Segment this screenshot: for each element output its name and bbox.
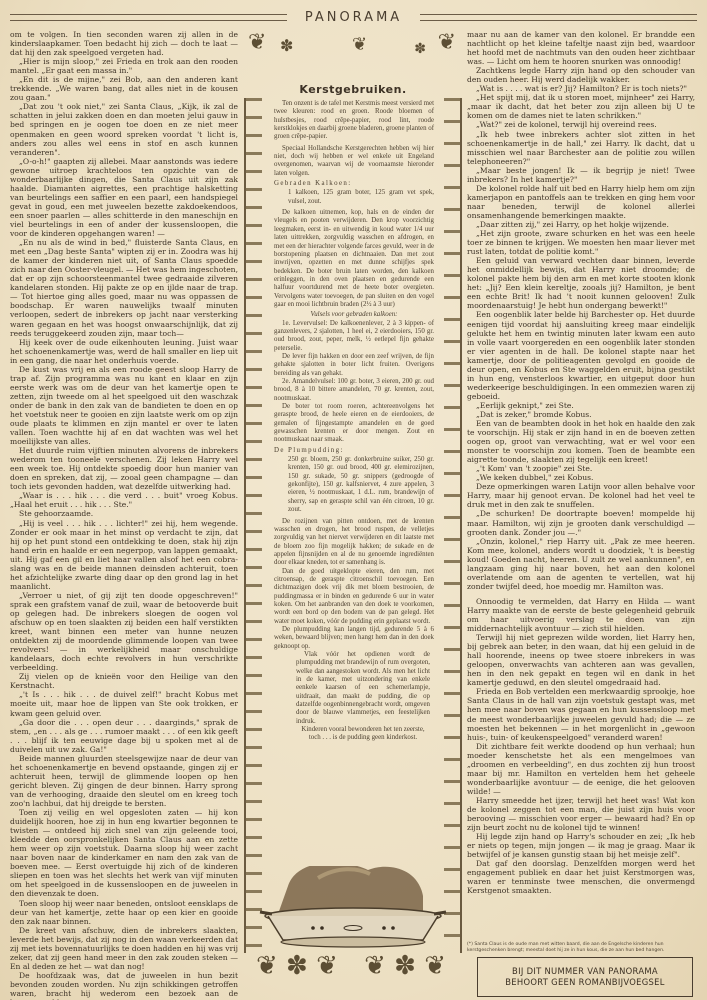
section-heading: De Plumpudding: bbox=[274, 447, 434, 455]
story-paragraph: „Hier is mijn sloop," zei Frieda en trok… bbox=[10, 57, 238, 75]
story-paragraph: Hij keek over de oude eikenhouten leunin… bbox=[10, 338, 238, 365]
recipe-body: Ten onzent is de tafel met Kerstmis mees… bbox=[274, 100, 434, 743]
story-paragraph: Onnoodig te vermelden, dat Harry en Hild… bbox=[467, 597, 695, 633]
magazine-page: PANORAMA om te volgen. In tien seconden … bbox=[0, 0, 707, 1000]
notice-line-1: BIJ DIT NUMMER VAN PANORAMA bbox=[512, 966, 658, 977]
story-column-left: om te volgen. In tien seconden waren zij… bbox=[10, 30, 238, 1000]
recipe-column: ❦ ✽ ❦ ❦ ✽ Kerstgebruiken. Ten onzent is … bbox=[240, 28, 466, 993]
story-column-right: maar nu aan de kamer van den kolonel. Er… bbox=[467, 30, 695, 895]
story-paragraph: „Ga door die . . . open deur . . . daarg… bbox=[10, 718, 238, 754]
stuffing-paragraph: De lever fijn hakken en door een zeef wr… bbox=[274, 353, 434, 378]
story-paragraph: Hij legde zijn hand op Harry's schouder … bbox=[467, 832, 695, 859]
story-paragraph: Dit zichtbare feit werkte doodend op hun… bbox=[467, 742, 695, 796]
page-header: PANORAMA bbox=[10, 6, 697, 28]
masthead: PANORAMA bbox=[287, 10, 420, 25]
holly-icon: ❦ ✽ ❦ bbox=[256, 953, 338, 979]
story-paragraph: Harry smeedde het ijzer, terwijl het hee… bbox=[467, 796, 695, 832]
ingredients: 250 gr. bloem, 250 gr. donkerbruine suik… bbox=[274, 456, 434, 514]
method: Dan de goed uitgeklopte eieren, den rum,… bbox=[274, 568, 434, 626]
header-rule-left bbox=[10, 14, 287, 21]
story-paragraph: Deze opmerkingen waren Latijn voor allen… bbox=[467, 482, 695, 509]
story-paragraph: Toen zij veilig en wel opgesloten zaten … bbox=[10, 808, 238, 898]
story-paragraph: „'t Is . . . hik . . . de duivel zelf!" … bbox=[10, 690, 238, 717]
story-paragraph: „Waar is . . . hik . . . die verd . . . … bbox=[10, 491, 238, 509]
story-paragraph: „Wat?" zei de kolonel, terwijl hij overe… bbox=[467, 120, 695, 129]
story-paragraph: De kust was vrij en als een roode geest … bbox=[10, 365, 238, 446]
supplement-notice-box: BIJ DIT NUMMER VAN PANORAMA BEHOORT GEEN… bbox=[477, 957, 693, 997]
story-paragraph: De kreet van afschuw, dien de inbrekers … bbox=[10, 926, 238, 971]
story-paragraph: „Hij is veel . . . hik . . . lichter!" z… bbox=[10, 519, 238, 591]
serving-note: Vlak vóór het opdienen wordt de plumpudd… bbox=[274, 651, 434, 726]
story-paragraph: Het duurde ruim vijftien minuten alvoren… bbox=[10, 446, 238, 491]
story-paragraph: maar nu aan de kamer van den kolonel. Er… bbox=[467, 30, 695, 66]
holly-icon: ❦ bbox=[438, 32, 456, 54]
story-paragraph: Zachtkens legde Harry zijn hand op den s… bbox=[467, 66, 695, 84]
story-paragraph: „Wat is . . . . wat is er? Jij? Hamilton… bbox=[467, 84, 695, 93]
story-paragraph: „We keken dubbel," zei Kobus. bbox=[467, 473, 695, 482]
intro-paragraph: Speciaal Hollandsche Kerstgerechten hebb… bbox=[274, 145, 434, 178]
story-paragraph: Dat gaf den doorslag. Denzelfden morgen … bbox=[467, 859, 695, 895]
story-paragraph: „En nu als de wind in bed," fluisterde S… bbox=[10, 238, 238, 338]
stuffing-paragraph: 1e. Levervulsel: De kalkoenenlever, 2 à … bbox=[274, 320, 434, 353]
stuffing-paragraph: De boter tot room roeren, achtereenvolge… bbox=[274, 403, 434, 445]
subheading: Vulsels voor gebraden kalkoen: bbox=[274, 311, 434, 319]
method: De plumpudding kan langen tijd, gedurend… bbox=[274, 626, 434, 651]
holly-icon: ❦ bbox=[248, 32, 266, 54]
story-paragraph: „Eerlijk geknipt," zei Ste. bbox=[467, 401, 695, 410]
holly-vine-border-left bbox=[244, 98, 262, 953]
story-paragraph: „Dat zou 't ook niet," zei Santa Claus, … bbox=[10, 102, 238, 156]
story-paragraph: „Ik heb twee inbrekers achter slot zitte… bbox=[467, 130, 695, 166]
ingredients: 1 kalkoen, 125 gram boter, 125 gram vet … bbox=[274, 189, 434, 206]
story-paragraph: „'t Kom' van 't zoopie" zei Ste. bbox=[467, 464, 695, 473]
story-paragraph: Frieda en Bob vertelden een merkwaardig … bbox=[467, 687, 695, 741]
story-paragraph: „Onzin, kolonel," riep Harry uit. „Pak z… bbox=[467, 537, 695, 591]
story-paragraph: Zij vielen op de knieën voor den Heilige… bbox=[10, 672, 238, 690]
story-paragraph: „Maar beste jongen! Ik — ik begrijp je n… bbox=[467, 166, 695, 184]
stuffing-paragraph: 2e. Amandelvulsel: 100 gr. boter, 3 eier… bbox=[274, 378, 434, 403]
notice-line-2: BEHOORT GEEN ROMANBIJVOEGSEL bbox=[505, 977, 664, 988]
holly-icon: ✽ bbox=[414, 42, 426, 56]
story-paragraph: „Het spijt mij, dat ik u storen moet, mi… bbox=[467, 93, 695, 120]
plum-pudding-illustration bbox=[258, 866, 448, 951]
story-paragraph: „Dat is zeker," bromde Kobus. bbox=[467, 410, 695, 419]
holly-icon: ❦ ✽ ❦ bbox=[364, 953, 446, 979]
holly-icon: ❦ bbox=[352, 36, 367, 54]
story-paragraph: Een geluid van verward vechten daar binn… bbox=[467, 256, 695, 310]
footnote: (*) Santa Claus is de oude man met witte… bbox=[467, 942, 695, 953]
method: De kalkoen uitnemen, kop, hals en de ein… bbox=[274, 209, 434, 309]
closing-note: Kinderen vooral bewonderen het ten zeers… bbox=[274, 726, 434, 743]
header-rule-right bbox=[420, 14, 697, 21]
story-paragraph: Terwijl hij niet geprezen wilde worden, … bbox=[467, 633, 695, 687]
recipe-title: Kerstgebruiken. bbox=[240, 83, 466, 96]
holly-icon: ✽ bbox=[280, 38, 293, 54]
story-paragraph: „Daar zitten zij," zei Harry, op het hok… bbox=[467, 220, 695, 229]
holly-vine-border-right bbox=[444, 98, 462, 953]
story-paragraph: De kolonel rolde half uit bed en Harry h… bbox=[467, 184, 695, 220]
story-paragraph: Beide mannen gluurden steelsgewijze naar… bbox=[10, 754, 238, 808]
story-paragraph: „Het zijn groote, zware schurken en het … bbox=[467, 229, 695, 256]
story-paragraph: „Verroer u niet, of gij zijt ten doode o… bbox=[10, 591, 238, 672]
story-paragraph: „De schurken! De doortrapte boeven! momp… bbox=[467, 509, 695, 536]
story-paragraph: om te volgen. In tien seconden waren zij… bbox=[10, 30, 238, 57]
method: De rozijnen van pitten ontdoen, met de k… bbox=[274, 518, 434, 568]
intro-paragraph: Ten onzent is de tafel met Kerstmis mees… bbox=[274, 100, 434, 142]
story-paragraph: De hoofdzaak was, dat de juweelen in hun… bbox=[10, 971, 238, 1000]
story-paragraph: „En dit is de mijne," zei Bob, aan den a… bbox=[10, 75, 238, 102]
story-paragraph: Een van de beambten dook in het hok en h… bbox=[467, 419, 695, 464]
story-paragraph: Een oogenblik later belde hij Barchester… bbox=[467, 310, 695, 400]
story-paragraph: Toen sloop hij weer naar beneden, ontslo… bbox=[10, 899, 238, 926]
section-heading: Gebraden Kalkoen: bbox=[274, 180, 434, 188]
story-paragraph: „O-o-h!" gaapten zij allebei. Maar aanst… bbox=[10, 157, 238, 238]
story-paragraph: Ste gehoorzaamde. bbox=[10, 509, 238, 518]
